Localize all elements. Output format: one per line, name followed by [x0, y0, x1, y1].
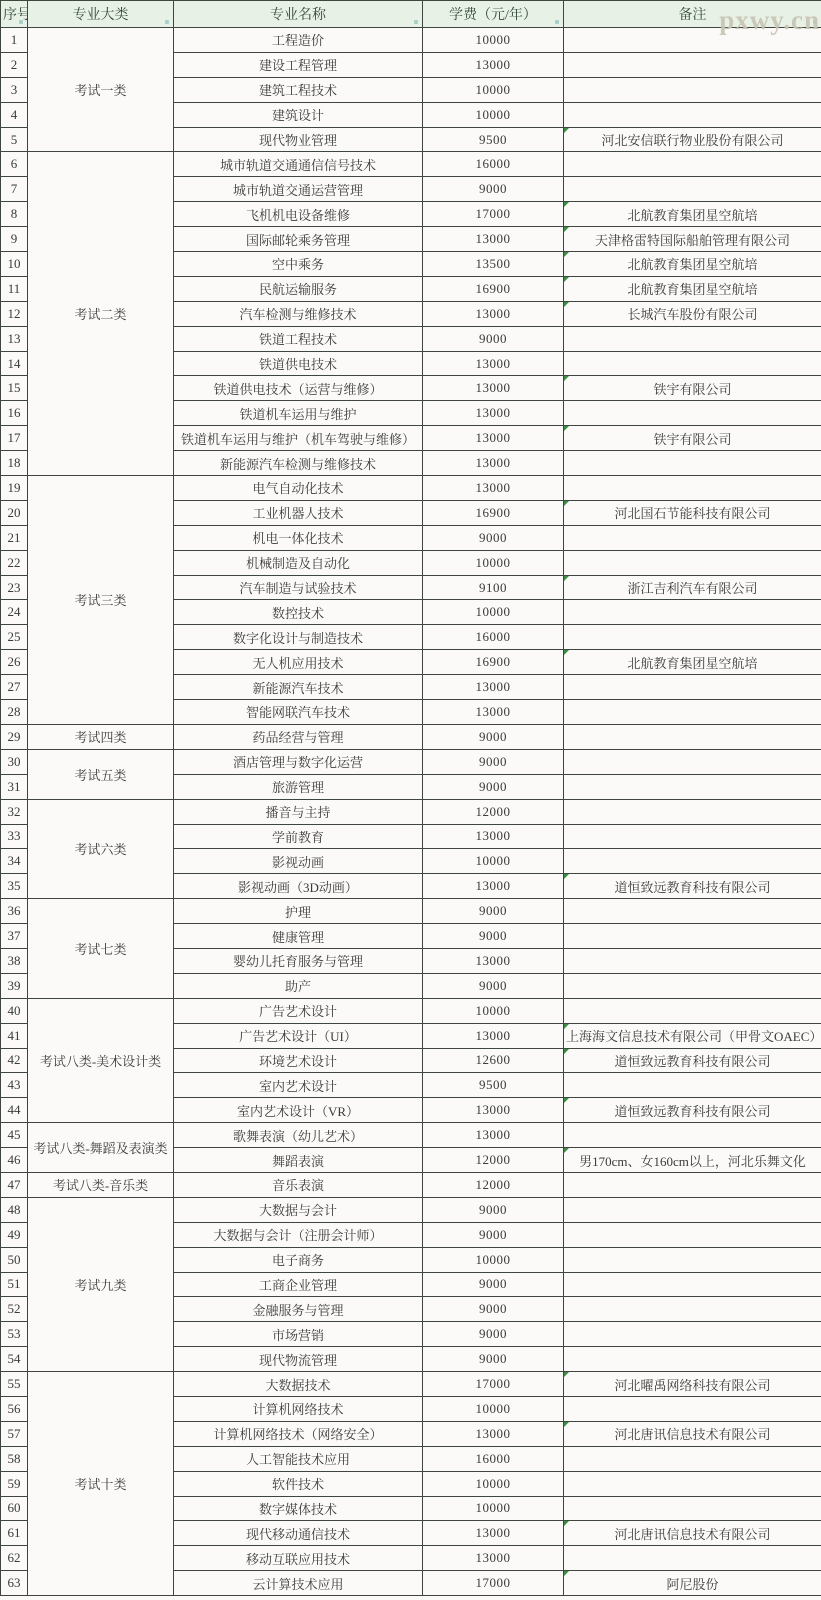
header-label: 专业名称 [270, 8, 326, 23]
row-number-cell: 11 [1, 276, 28, 301]
fee-cell: 12000 [423, 1148, 564, 1173]
row-number-cell: 31 [1, 774, 28, 799]
major-name-cell: 铁道供电技术（运营与维修） [174, 376, 423, 401]
major-name-cell: 人工智能技术应用 [174, 1446, 423, 1471]
note-text: 道恒致远教育科技有限公司 [614, 1054, 770, 1069]
row-number-cell: 59 [1, 1471, 28, 1496]
fee-cell: 9500 [423, 127, 564, 152]
major-name-cell: 计算机网络技术（网络安全） [174, 1421, 423, 1446]
note-cell: 上海海文信息技术有限公司（甲骨文OAEC） [564, 1023, 821, 1048]
fee-cell: 17000 [423, 1372, 564, 1397]
fee-cell: 13000 [423, 301, 564, 326]
major-name-cell: 工商企业管理 [174, 1272, 423, 1297]
table-row: 47考试八类-音乐类音乐表演12000 [1, 1172, 821, 1197]
fee-cell: 13000 [423, 948, 564, 973]
note-cell [564, 1247, 821, 1272]
row-number-cell: 45 [1, 1123, 28, 1148]
major-name-cell: 广告艺术设计 [174, 998, 423, 1023]
fee-cell: 10000 [423, 1471, 564, 1496]
major-name-cell: 计算机网络技术 [174, 1396, 423, 1421]
row-number-cell: 7 [1, 177, 28, 202]
major-name-cell: 室内艺术设计（VR） [174, 1098, 423, 1123]
note-cell: 河北唐讯信息技术有限公司 [564, 1421, 821, 1446]
fee-cell: 9000 [423, 1197, 564, 1222]
row-number-cell: 3 [1, 77, 28, 102]
row-number-cell: 33 [1, 824, 28, 849]
note-cell [564, 675, 821, 700]
text-indicator-icon [564, 650, 569, 655]
major-name-cell: 婴幼儿托育服务与管理 [174, 948, 423, 973]
row-number-cell: 34 [1, 849, 28, 874]
major-name-cell: 汽车制造与试验技术 [174, 575, 423, 600]
row-number-cell: 51 [1, 1272, 28, 1297]
row-number-cell: 52 [1, 1297, 28, 1322]
fee-cell: 12600 [423, 1048, 564, 1073]
major-name-cell: 大数据与会计 [174, 1197, 423, 1222]
fee-cell: 10000 [423, 1496, 564, 1521]
note-cell [564, 152, 821, 177]
row-number-cell: 12 [1, 301, 28, 326]
note-cell [564, 948, 821, 973]
row-number-cell: 62 [1, 1546, 28, 1571]
note-cell [564, 326, 821, 351]
header-col-major: 专业名称 [174, 1, 423, 28]
fee-cell: 13000 [423, 1521, 564, 1546]
note-cell [564, 77, 821, 102]
major-name-cell: 助产 [174, 973, 423, 998]
note-cell [564, 1446, 821, 1471]
fee-cell: 10000 [423, 600, 564, 625]
fee-cell: 10000 [423, 998, 564, 1023]
note-cell [564, 849, 821, 874]
header-label: 备注 [679, 8, 707, 23]
major-name-cell: 云计算技术应用 [174, 1571, 423, 1596]
major-name-cell: 建设工程管理 [174, 52, 423, 77]
fee-cell: 13000 [423, 675, 564, 700]
text-indicator-icon [564, 501, 569, 506]
note-cell: 河北国石节能科技有限公司 [564, 500, 821, 525]
major-name-cell: 环境艺术设计 [174, 1048, 423, 1073]
note-text: 阿尼股份 [666, 1577, 718, 1592]
major-name-cell: 学前教育 [174, 824, 423, 849]
note-cell: 河北安信联行物业股份有限公司 [564, 127, 821, 152]
row-number-cell: 15 [1, 376, 28, 401]
major-name-cell: 舞蹈表演 [174, 1148, 423, 1173]
major-name-cell: 新能源汽车检测与维修技术 [174, 451, 423, 476]
table-row: 32考试六类播音与主持12000 [1, 799, 821, 824]
note-cell [564, 1496, 821, 1521]
note-text: 长城汽车股份有限公司 [627, 307, 757, 322]
note-cell [564, 1546, 821, 1571]
row-number-cell: 17 [1, 426, 28, 451]
major-name-cell: 旅游管理 [174, 774, 423, 799]
fee-cell: 9000 [423, 525, 564, 550]
major-name-cell: 数字媒体技术 [174, 1496, 423, 1521]
fee-cell: 13000 [423, 874, 564, 899]
header-label: 专业大类 [73, 8, 129, 23]
note-text: 浙江吉利汽车有限公司 [627, 581, 757, 596]
note-cell [564, 1322, 821, 1347]
row-number-cell: 22 [1, 550, 28, 575]
category-cell: 考试八类-舞蹈及表演类 [28, 1123, 174, 1173]
note-cell [564, 973, 821, 998]
text-indicator-icon [564, 1049, 569, 1054]
row-number-cell: 8 [1, 202, 28, 227]
category-cell: 考试三类 [28, 476, 174, 725]
fee-cell: 13000 [423, 52, 564, 77]
row-number-cell: 38 [1, 948, 28, 973]
row-number-cell: 27 [1, 675, 28, 700]
fee-cell: 16000 [423, 1446, 564, 1471]
note-cell [564, 1471, 821, 1496]
row-number-cell: 28 [1, 700, 28, 725]
major-name-cell: 新能源汽车技术 [174, 675, 423, 700]
note-cell [564, 899, 821, 924]
note-cell [564, 1347, 821, 1372]
fee-cell: 9000 [423, 749, 564, 774]
text-indicator-icon [564, 1024, 569, 1029]
header-col-category: 专业大类 [28, 1, 174, 28]
row-number-cell: 46 [1, 1148, 28, 1173]
category-cell: 考试四类 [28, 724, 174, 749]
row-number-cell: 6 [1, 152, 28, 177]
row-number-cell: 29 [1, 724, 28, 749]
row-number-cell: 26 [1, 650, 28, 675]
major-name-cell: 影视动画 [174, 849, 423, 874]
note-cell [564, 1222, 821, 1247]
major-name-cell: 机电一体化技术 [174, 525, 423, 550]
fee-cell: 9000 [423, 973, 564, 998]
row-number-cell: 61 [1, 1521, 28, 1546]
note-cell: 阿尼股份 [564, 1571, 821, 1596]
fee-cell: 9000 [423, 1347, 564, 1372]
fee-cell: 9000 [423, 924, 564, 949]
major-name-cell: 广告艺术设计（UI） [174, 1023, 423, 1048]
major-name-cell: 市场营销 [174, 1322, 423, 1347]
table-body: 1考试一类工程造价100002建设工程管理130003建筑工程技术100004建… [1, 28, 821, 1596]
note-text: 北航教育集团星空航培 [627, 257, 757, 272]
note-text: 上海海文信息技术有限公司（甲骨文OAEC） [566, 1029, 821, 1044]
note-cell: 河北曜禹网络科技有限公司 [564, 1372, 821, 1397]
note-cell: 北航教育集团星空航培 [564, 202, 821, 227]
note-text: 铁宇有限公司 [653, 432, 731, 447]
header-row: 序号 专业大类 专业名称 学费（元/年） 备注 [1, 1, 821, 28]
row-number-cell: 18 [1, 451, 28, 476]
major-name-cell: 铁道供电技术 [174, 351, 423, 376]
major-name-cell: 铁道机车运用与维护（机车驾驶与维修） [174, 426, 423, 451]
fee-cell: 16900 [423, 650, 564, 675]
fee-cell: 9000 [423, 1322, 564, 1347]
note-cell [564, 749, 821, 774]
row-number-cell: 43 [1, 1073, 28, 1098]
category-cell: 考试十类 [28, 1372, 174, 1596]
table-row: 29考试四类药品经营与管理9000 [1, 724, 821, 749]
major-name-cell: 现代物业管理 [174, 127, 423, 152]
row-number-cell: 56 [1, 1396, 28, 1421]
fee-cell: 9000 [423, 899, 564, 924]
note-text: 铁宇有限公司 [653, 382, 731, 397]
major-name-cell: 现代物流管理 [174, 1347, 423, 1372]
major-name-cell: 智能网联汽车技术 [174, 700, 423, 725]
fee-cell: 16000 [423, 152, 564, 177]
fee-cell: 9100 [423, 575, 564, 600]
text-indicator-icon [564, 227, 569, 232]
header-corner-dot-icon [813, 20, 817, 24]
fee-cell: 13000 [423, 1546, 564, 1571]
major-name-cell: 移动互联应用技术 [174, 1546, 423, 1571]
note-cell [564, 724, 821, 749]
note-cell: 道恒致远教育科技有限公司 [564, 1048, 821, 1073]
fee-cell: 9000 [423, 177, 564, 202]
major-name-cell: 国际邮轮乘务管理 [174, 227, 423, 252]
major-name-cell: 铁道机车运用与维护 [174, 401, 423, 426]
note-cell [564, 1297, 821, 1322]
fee-cell: 13000 [423, 451, 564, 476]
major-name-cell: 城市轨道交通运营管理 [174, 177, 423, 202]
row-number-cell: 16 [1, 401, 28, 426]
fee-cell: 9000 [423, 1272, 564, 1297]
row-number-cell: 57 [1, 1421, 28, 1446]
fee-cell: 10000 [423, 1247, 564, 1272]
note-cell: 北航教育集团星空航培 [564, 276, 821, 301]
note-cell: 北航教育集团星空航培 [564, 650, 821, 675]
major-name-cell: 现代移动通信技术 [174, 1521, 423, 1546]
table-row: 1考试一类工程造价10000 [1, 28, 821, 53]
note-text: 道恒致远教育科技有限公司 [614, 880, 770, 895]
table-row: 48考试九类大数据与会计9000 [1, 1197, 821, 1222]
note-cell [564, 1172, 821, 1197]
note-cell [564, 1073, 821, 1098]
note-text: 男170cm、女160cm以上，河北乐舞文化 [579, 1154, 806, 1169]
fee-cell: 13000 [423, 1421, 564, 1446]
text-indicator-icon [564, 1098, 569, 1103]
row-number-cell: 48 [1, 1197, 28, 1222]
row-number-cell: 49 [1, 1222, 28, 1247]
fee-cell: 9000 [423, 1297, 564, 1322]
row-number-cell: 21 [1, 525, 28, 550]
category-cell: 考试二类 [28, 152, 174, 476]
row-number-cell: 63 [1, 1571, 28, 1596]
text-indicator-icon [564, 426, 569, 431]
fee-cell: 9000 [423, 1222, 564, 1247]
major-name-cell: 电子商务 [174, 1247, 423, 1272]
text-indicator-icon [564, 128, 569, 133]
fee-cell: 9000 [423, 724, 564, 749]
fee-cell: 12000 [423, 799, 564, 824]
text-indicator-icon [564, 576, 569, 581]
note-cell [564, 700, 821, 725]
row-number-cell: 4 [1, 102, 28, 127]
major-name-cell: 飞机机电设备维修 [174, 202, 423, 227]
fee-cell: 13000 [423, 351, 564, 376]
note-text: 河北唐讯信息技术有限公司 [614, 1527, 770, 1542]
fee-cell: 9000 [423, 326, 564, 351]
text-indicator-icon [564, 874, 569, 879]
note-cell [564, 774, 821, 799]
header-corner-dot-icon [555, 20, 559, 24]
fee-cell: 13000 [423, 1098, 564, 1123]
header-col-note: 备注 [564, 1, 821, 28]
row-number-cell: 44 [1, 1098, 28, 1123]
note-cell: 北航教育集团星空航培 [564, 252, 821, 277]
row-number-cell: 55 [1, 1372, 28, 1397]
row-number-cell: 53 [1, 1322, 28, 1347]
note-cell: 铁宇有限公司 [564, 426, 821, 451]
major-name-cell: 健康管理 [174, 924, 423, 949]
major-name-cell: 酒店管理与数字化运营 [174, 749, 423, 774]
row-number-cell: 1 [1, 28, 28, 53]
text-indicator-icon [564, 1521, 569, 1526]
note-cell [564, 476, 821, 501]
fee-cell: 10000 [423, 102, 564, 127]
major-name-cell: 工业机器人技术 [174, 500, 423, 525]
note-text: 河北国石节能科技有限公司 [614, 506, 770, 521]
note-text: 道恒致远教育科技有限公司 [614, 1104, 770, 1119]
note-cell: 男170cm、女160cm以上，河北乐舞文化 [564, 1148, 821, 1173]
fee-cell: 10000 [423, 550, 564, 575]
major-name-cell: 金融服务与管理 [174, 1297, 423, 1322]
major-name-cell: 影视动画（3D动画） [174, 874, 423, 899]
fee-cell: 13500 [423, 252, 564, 277]
table-row: 55考试十类大数据技术17000河北曜禹网络科技有限公司 [1, 1372, 821, 1397]
row-number-cell: 37 [1, 924, 28, 949]
fee-cell: 10000 [423, 849, 564, 874]
major-name-cell: 大数据与会计（注册会计师） [174, 1222, 423, 1247]
note-cell [564, 1123, 821, 1148]
major-name-cell: 音乐表演 [174, 1172, 423, 1197]
note-text: 河北唐讯信息技术有限公司 [614, 1427, 770, 1442]
major-name-cell: 大数据技术 [174, 1372, 423, 1397]
header-label: 序号 [3, 8, 28, 23]
category-cell: 考试九类 [28, 1197, 174, 1371]
row-number-cell: 32 [1, 799, 28, 824]
row-number-cell: 47 [1, 1172, 28, 1197]
fee-cell: 10000 [423, 1396, 564, 1421]
note-cell: 浙江吉利汽车有限公司 [564, 575, 821, 600]
fee-cell: 12000 [423, 1172, 564, 1197]
row-number-cell: 36 [1, 899, 28, 924]
text-indicator-icon [564, 302, 569, 307]
note-cell [564, 998, 821, 1023]
text-indicator-icon [564, 202, 569, 207]
tuition-table-sheet: pxwy.cn 序号 专业大类 专业名称 学费（元/年） 备注 1考试一类工程造… [0, 0, 821, 1596]
row-number-cell: 14 [1, 351, 28, 376]
fee-cell: 13000 [423, 401, 564, 426]
text-indicator-icon [564, 252, 569, 257]
note-cell [564, 351, 821, 376]
text-indicator-icon [564, 277, 569, 282]
note-cell [564, 799, 821, 824]
text-indicator-icon [564, 376, 569, 381]
note-cell [564, 550, 821, 575]
note-text: 北航教育集团星空航培 [627, 282, 757, 297]
row-number-cell: 25 [1, 625, 28, 650]
note-cell [564, 625, 821, 650]
row-number-cell: 24 [1, 600, 28, 625]
fee-cell: 13000 [423, 824, 564, 849]
row-number-cell: 19 [1, 476, 28, 501]
row-number-cell: 13 [1, 326, 28, 351]
note-text: 天津格雷特国际船舶管理有限公司 [595, 233, 790, 248]
majors-tuition-table: 序号 专业大类 专业名称 学费（元/年） 备注 1考试一类工程造价100002建… [0, 0, 821, 1596]
header-corner-dot-icon [19, 20, 23, 24]
fee-cell: 13000 [423, 1123, 564, 1148]
note-cell [564, 177, 821, 202]
fee-cell: 17000 [423, 1571, 564, 1596]
row-number-cell: 9 [1, 227, 28, 252]
table-row: 6考试二类城市轨道交通通信信号技术16000 [1, 152, 821, 177]
row-number-cell: 39 [1, 973, 28, 998]
note-text: 北航教育集团星空航培 [627, 656, 757, 671]
fee-cell: 9500 [423, 1073, 564, 1098]
fee-cell: 13000 [423, 426, 564, 451]
note-cell [564, 451, 821, 476]
major-name-cell: 建筑设计 [174, 102, 423, 127]
table-row: 40考试八类-美术设计类广告艺术设计10000 [1, 998, 821, 1023]
fee-cell: 13000 [423, 476, 564, 501]
fee-cell: 13000 [423, 376, 564, 401]
major-name-cell: 数字化设计与制造技术 [174, 625, 423, 650]
category-cell: 考试五类 [28, 749, 174, 799]
fee-cell: 10000 [423, 77, 564, 102]
fee-cell: 10000 [423, 28, 564, 53]
table-row: 45考试八类-舞蹈及表演类歌舞表演（幼儿艺术）13000 [1, 1123, 821, 1148]
row-number-cell: 54 [1, 1347, 28, 1372]
major-name-cell: 数控技术 [174, 600, 423, 625]
note-cell: 道恒致远教育科技有限公司 [564, 874, 821, 899]
header-col-fee: 学费（元/年） [423, 1, 564, 28]
note-text: 河北安信联行物业股份有限公司 [601, 133, 783, 148]
major-name-cell: 城市轨道交通通信信号技术 [174, 152, 423, 177]
text-indicator-icon [564, 1372, 569, 1377]
category-cell: 考试七类 [28, 899, 174, 999]
fee-cell: 13000 [423, 1023, 564, 1048]
note-cell [564, 1272, 821, 1297]
text-indicator-icon [564, 1422, 569, 1427]
row-number-cell: 10 [1, 252, 28, 277]
note-cell [564, 600, 821, 625]
fee-cell: 13000 [423, 700, 564, 725]
major-name-cell: 建筑工程技术 [174, 77, 423, 102]
fee-cell: 9000 [423, 774, 564, 799]
major-name-cell: 铁道工程技术 [174, 326, 423, 351]
table-row: 30考试五类酒店管理与数字化运营9000 [1, 749, 821, 774]
major-name-cell: 药品经营与管理 [174, 724, 423, 749]
row-number-cell: 60 [1, 1496, 28, 1521]
category-cell: 考试八类-美术设计类 [28, 998, 174, 1122]
note-cell: 天津格雷特国际船舶管理有限公司 [564, 227, 821, 252]
note-cell: 铁宇有限公司 [564, 376, 821, 401]
category-cell: 考试一类 [28, 28, 174, 152]
row-number-cell: 5 [1, 127, 28, 152]
row-number-cell: 40 [1, 998, 28, 1023]
row-number-cell: 35 [1, 874, 28, 899]
major-name-cell: 空中乘务 [174, 252, 423, 277]
major-name-cell: 护理 [174, 899, 423, 924]
row-number-cell: 42 [1, 1048, 28, 1073]
row-number-cell: 2 [1, 52, 28, 77]
major-name-cell: 播音与主持 [174, 799, 423, 824]
note-cell [564, 924, 821, 949]
note-cell: 河北唐讯信息技术有限公司 [564, 1521, 821, 1546]
category-cell: 考试八类-音乐类 [28, 1172, 174, 1197]
major-name-cell: 机械制造及自动化 [174, 550, 423, 575]
category-cell: 考试六类 [28, 799, 174, 899]
major-name-cell: 汽车检测与维修技术 [174, 301, 423, 326]
note-cell [564, 1197, 821, 1222]
header-col-index: 序号 [1, 1, 28, 28]
note-cell [564, 401, 821, 426]
